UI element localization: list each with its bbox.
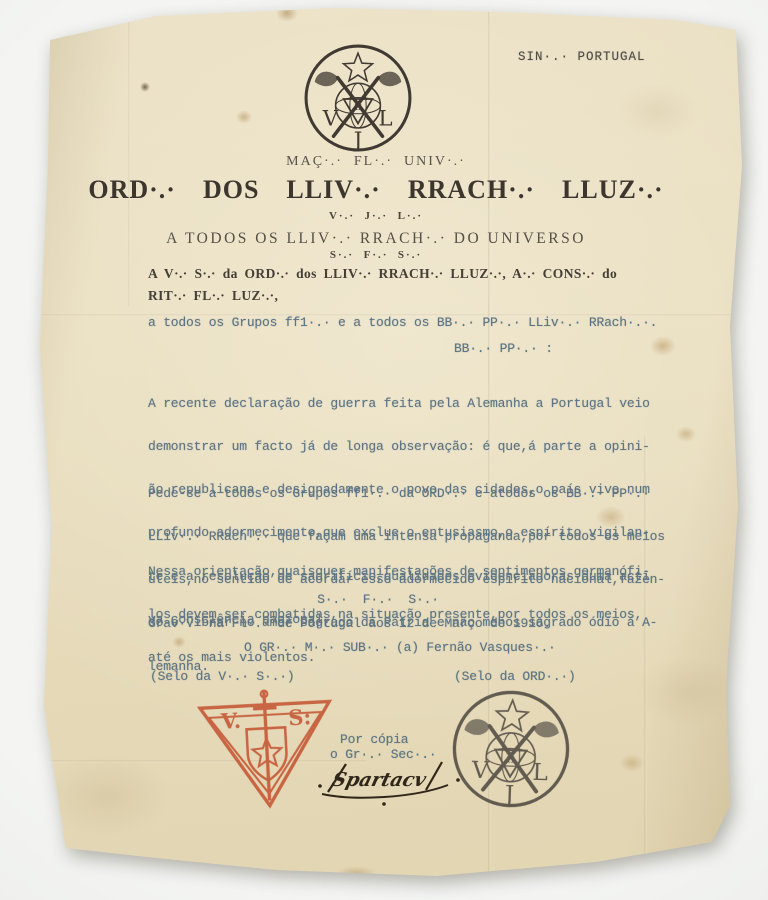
header-universo: A TODOS OS LLIV·.· RRACH·.· DO UNIVERSO	[36, 230, 716, 248]
typed-line: lemanha.	[148, 660, 665, 674]
paper-crease	[36, 760, 366, 763]
paper-crease	[644, 436, 647, 884]
stain	[276, 4, 298, 22]
typed-line: va consciência nacional.	[148, 613, 650, 627]
seal-letter-v: V.	[219, 708, 241, 734]
closing-sfs: S·.· F·.· S·.·	[148, 593, 608, 607]
por-copia-line-2: o Gr·.· Sec·.·	[330, 748, 436, 762]
header-vjl: V·.· J·.· L·.·	[36, 210, 716, 222]
paper-crease	[488, 6, 491, 884]
typed-line: profundo adormecimento,que exclue o entu…	[148, 526, 650, 540]
typed-line: Nessa orientação,quaisquer manifestações…	[148, 565, 650, 579]
address-line-1: A V·.· S·.· da ORD·.· dos LLIV·.· RRACH·…	[148, 266, 617, 282]
stain	[336, 866, 376, 880]
typed-line: te e a resolução de sacrifício,qualidade…	[148, 570, 650, 584]
paper-sheet: SIN·.· PORTUGAL MAÇ·.· FL·.· UNIV·.· ORD…	[36, 6, 742, 884]
stain	[140, 82, 150, 92]
header-sfs: S·.· F·.· S·.·	[36, 249, 716, 261]
signature-text: Spartacv	[330, 768, 429, 791]
paper-crease	[36, 314, 742, 317]
sin-portugal-stamp: SIN·.· PORTUGAL	[518, 50, 646, 64]
salutation-bb-pp: BB·.· PP·.· :	[454, 342, 553, 356]
closing-signed-by: O GR·.· M·.· SUB·.· (a) Fernão Vasques·.…	[244, 641, 556, 655]
seal-letter-s: S:	[288, 704, 312, 730]
typed-line: A recente declaração de guerra feita pel…	[148, 397, 650, 411]
red-triangle-seal: V. S:	[191, 684, 343, 817]
document-paper: SIN·.· PORTUGAL MAÇ·.· FL·.· UNIV·.· ORD…	[36, 6, 742, 884]
stain	[236, 110, 252, 124]
stain	[596, 506, 626, 528]
seal-right-label: (Selo da ORD·.·)	[454, 670, 576, 684]
masonic-emblem-bottom-stamp	[448, 686, 574, 812]
body-paragraph-2: Pede-se a todos os Grupos ff1·.· da ORD·…	[148, 458, 665, 703]
header-title: ORD·.· DOS LLIV·.· RRACH·.· LLUZ·.·	[36, 175, 716, 205]
header-mac-fl-univ: MAÇ·.· FL·.· UNIV·.·	[36, 154, 716, 170]
typed-line: los devem ser combatidas,na situação pre…	[148, 608, 650, 622]
typed-line: até os mais violentos.	[148, 651, 650, 665]
stain	[650, 336, 676, 356]
typed-line: LLiv·.· RRach·.· que façam uma intensa p…	[148, 530, 665, 544]
address-line-2: RIT·.· FL·.· LUZ·.·,	[148, 288, 278, 304]
closing-dateline: Grav·.· na Fl·.· de Portugal aos 12 de M…	[148, 617, 551, 631]
stain	[172, 636, 186, 648]
handwritten-signature: Spartacv	[318, 758, 468, 808]
seal-left-label: (Selo da V·.· S·.·)	[150, 670, 294, 684]
masonic-emblem-top	[302, 42, 414, 154]
photo-of-document: π V L J	[0, 0, 768, 900]
stain	[676, 426, 696, 442]
body-paragraph-3: Nessa orientação,quaisquer manifestações…	[148, 536, 650, 694]
typed-line: do-o vibrar no amor sagrado da Pátria e …	[148, 616, 665, 630]
paper-crease	[128, 6, 131, 306]
salutation-line: a todos os Grupos ff1·.· e a todos os BB…	[148, 316, 657, 330]
body-paragraph-1: A recente declaração de guerra feita pel…	[148, 368, 650, 656]
por-copia-line-1: Por cópia	[340, 733, 408, 747]
typed-line: ão republicana e designadamente o povo d…	[148, 483, 650, 497]
stain	[620, 754, 644, 772]
typed-line: uteis,no sentido de acordar esse adormec…	[148, 573, 665, 587]
typed-line: demonstrar um facto já de longa observaç…	[148, 440, 650, 454]
typed-line: Pede-se a todos os Grupos ff1·.· da ORD·…	[148, 487, 665, 501]
